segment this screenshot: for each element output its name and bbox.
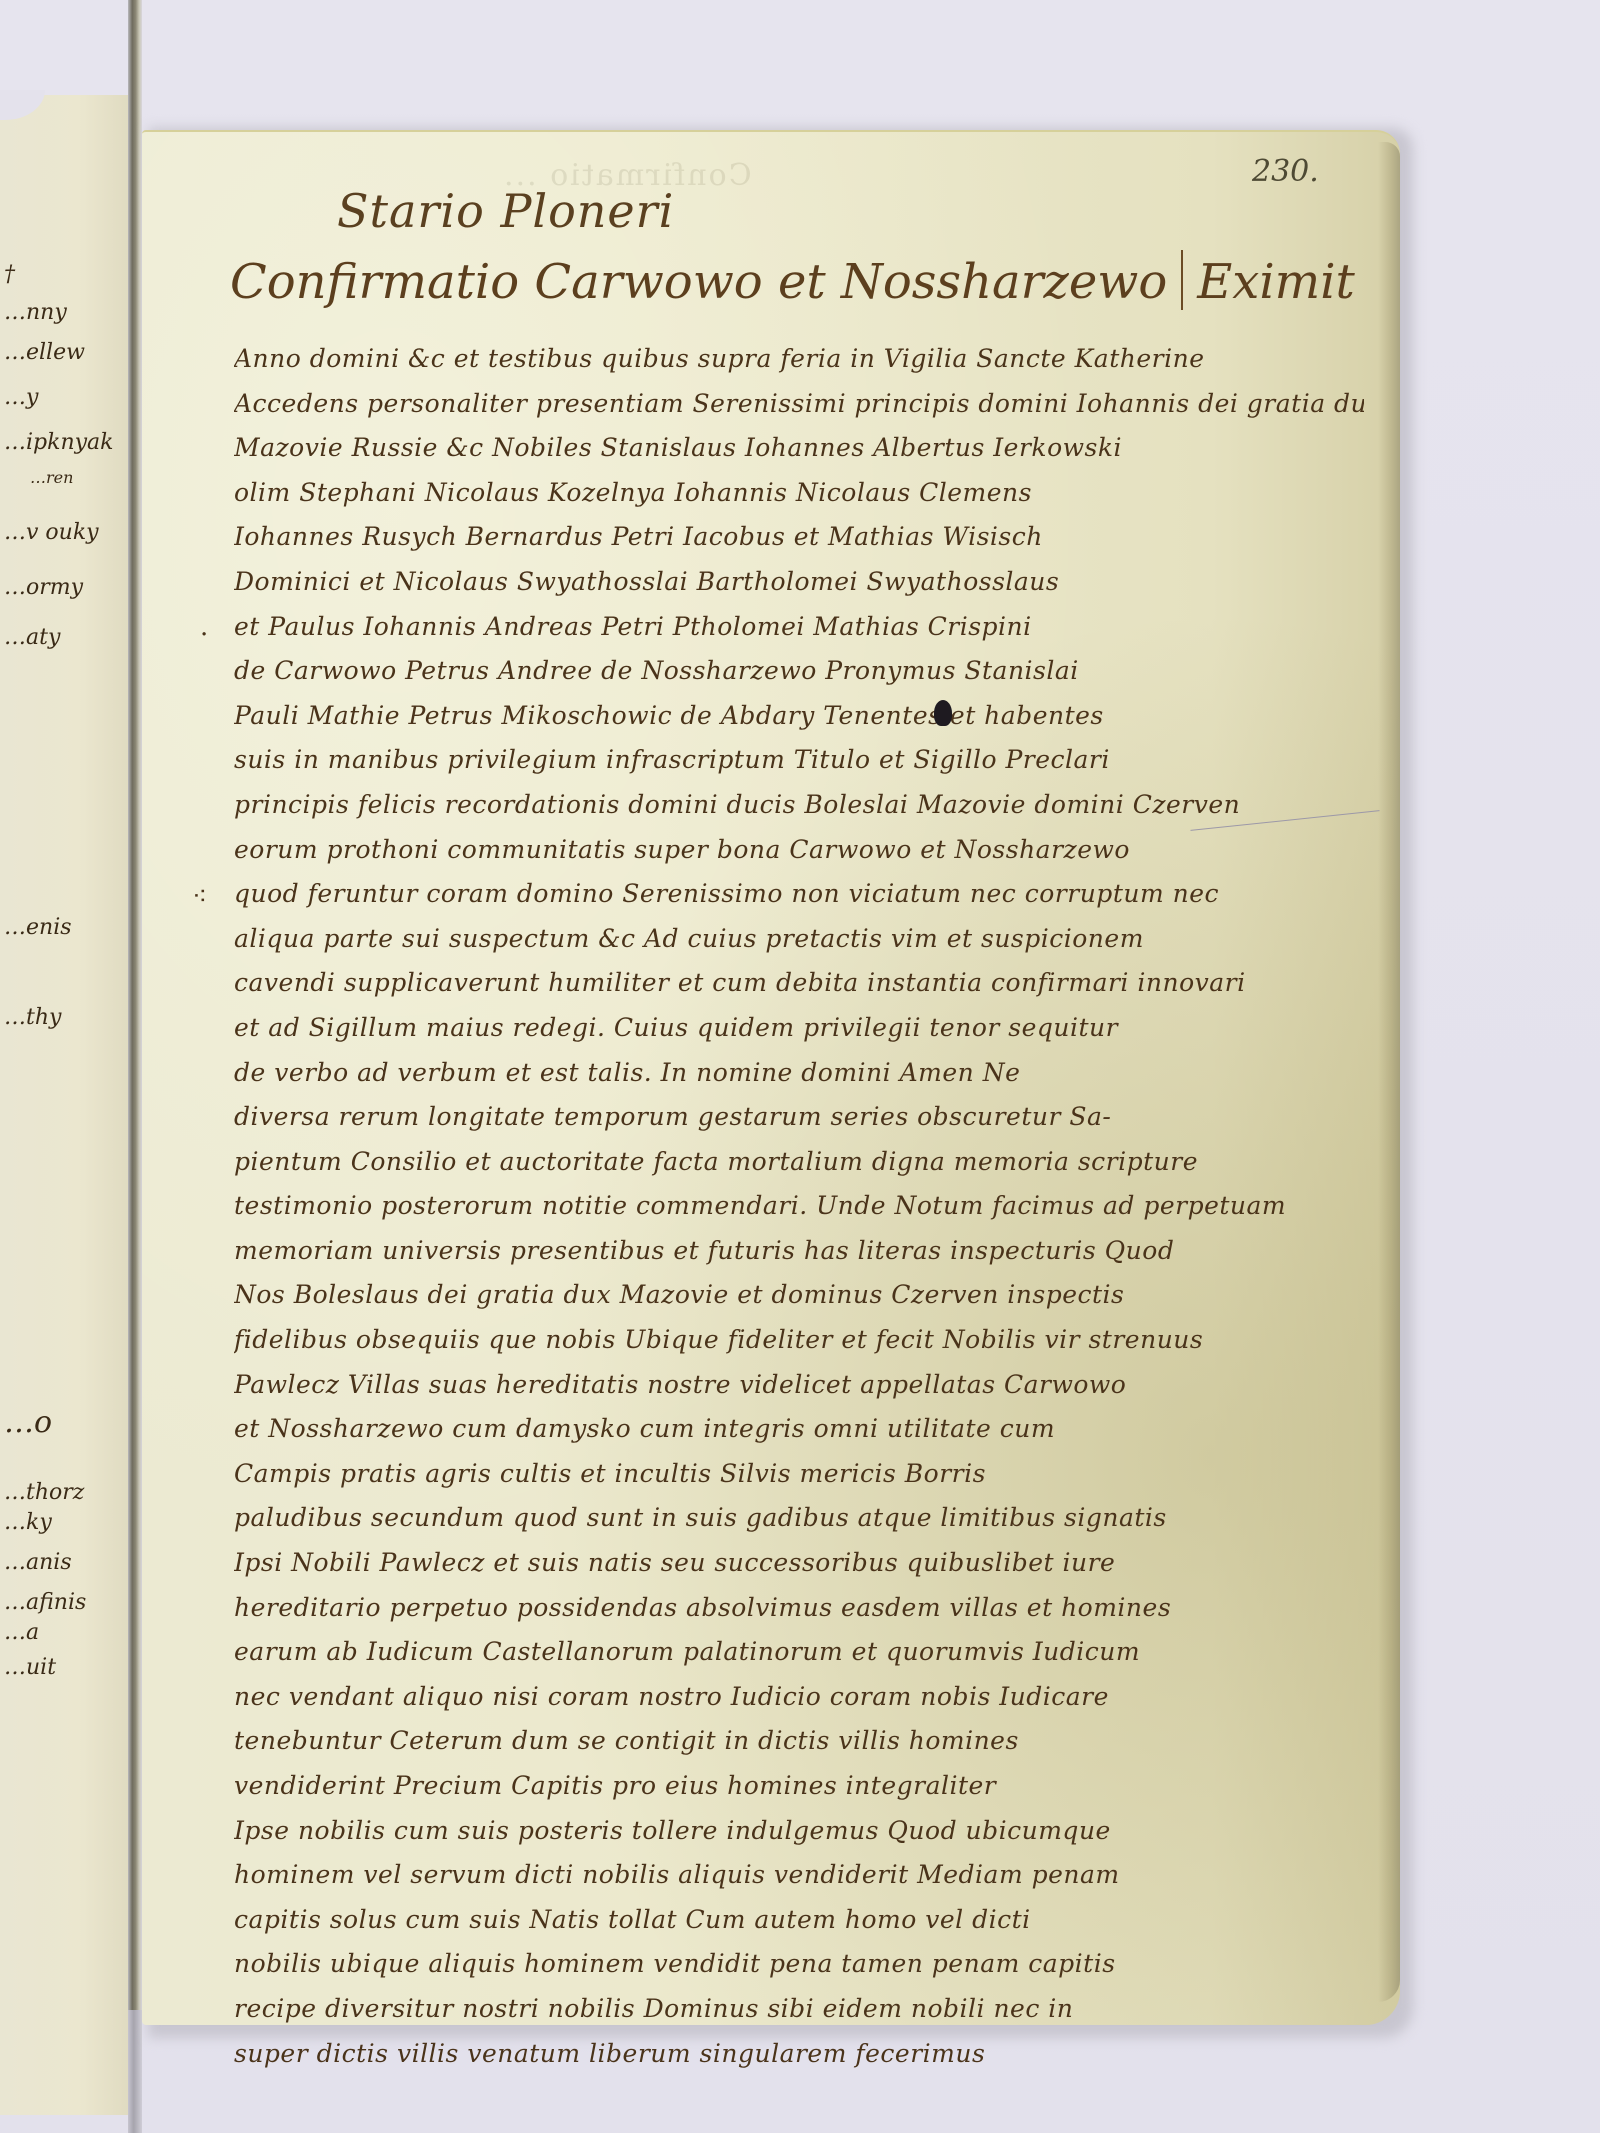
- text-line: quod feruntur coram domino Serenissimo n…: [234, 872, 1364, 917]
- text-line: Dominici et Nicolaus Swyathosslai Bartho…: [234, 560, 1364, 605]
- left-page: † …nny …ellew …y …ipknyak …ren …v ouky ……: [0, 95, 132, 2115]
- binding-gutter-bottom: [128, 2010, 142, 2133]
- left-margin-fragment: …ellew: [4, 340, 85, 365]
- text-line: paludibus secundum quod sunt in suis gad…: [234, 1496, 1364, 1541]
- left-margin-fragment: …enis: [4, 915, 72, 940]
- text-line: suis in manibus privilegium infrascriptu…: [234, 738, 1364, 783]
- left-margin-fragment: …v ouky: [4, 520, 99, 545]
- left-margin-fragment: …ren: [30, 468, 73, 487]
- heading-annotation: Eximit: [1197, 254, 1355, 310]
- text-line: earum ab Iudicum Castellanorum palatinor…: [234, 1630, 1364, 1675]
- left-margin-fragment: …nny: [4, 300, 67, 325]
- text-line: principis felicis recordationis domini d…: [234, 783, 1364, 828]
- text-line: hereditario perpetuo possidendas absolvi…: [234, 1586, 1364, 1631]
- left-margin-fragment: …o: [4, 1405, 52, 1440]
- text-line: hominem vel servum dicti nobilis aliquis…: [234, 1853, 1364, 1898]
- text-line: memoriam universis presentibus et futuri…: [234, 1229, 1364, 1274]
- text-line: et ad Sigillum maius redegi. Cuius quide…: [234, 1006, 1364, 1051]
- text-line: eorum prothoni communitatis super bona C…: [234, 828, 1364, 873]
- text-line: capitis solus cum suis Natis tollat Cum …: [234, 1898, 1364, 1943]
- left-margin-fragment: …thorz: [4, 1480, 84, 1505]
- text-line: tenebuntur Ceterum dum se contigit in di…: [234, 1719, 1364, 1764]
- margin-mark: ⁖: [192, 882, 207, 912]
- text-line: Ipse nobilis cum suis posteris tollere i…: [234, 1809, 1364, 1854]
- text-line: et Paulus Iohannis Andreas Petri Ptholom…: [234, 605, 1364, 650]
- text-line: Anno domini &c et testibus quibus supra …: [234, 337, 1364, 382]
- text-line: cavendi supplicaverunt humiliter et cum …: [234, 961, 1364, 1006]
- left-margin-fragment: …a: [4, 1620, 39, 1645]
- left-margin-fragment: …afinis: [4, 1590, 86, 1615]
- heading-subtitle: Confirmatio Carwowo et NossharzewoEximit: [230, 250, 1370, 310]
- text-line: Pauli Mathie Petrus Mikoschowic de Abdar…: [234, 694, 1364, 739]
- text-line: Mazovie Russie &c Nobiles Stanislaus Ioh…: [234, 426, 1364, 471]
- left-margin-fragment: …thy: [4, 1005, 61, 1030]
- text-line: olim Stephani Nicolaus Kozelnya Iohannis…: [234, 471, 1364, 516]
- left-margin-fragment: …anis: [4, 1550, 72, 1575]
- heading-separator: [1181, 250, 1183, 310]
- text-line: diversa rerum longitate temporum gestaru…: [234, 1095, 1364, 1140]
- text-line: et Nossharzewo cum damysko cum integris …: [234, 1407, 1364, 1452]
- text-line: fidelibus obsequiis que nobis Ubique fid…: [234, 1318, 1364, 1363]
- left-margin-fragment: †: [4, 262, 15, 287]
- text-line: nobilis ubique aliquis hominem vendidit …: [234, 1942, 1364, 1987]
- left-margin-fragment: …uit: [4, 1655, 56, 1680]
- left-margin-fragment: …y: [4, 385, 38, 410]
- heading-subtitle-text: Confirmatio Carwowo et Nossharzewo: [230, 254, 1167, 310]
- text-line: nec vendant aliquo nisi coram nostro Iud…: [234, 1675, 1364, 1720]
- binding-gutter: [128, 0, 142, 2133]
- left-margin-fragment: …ipknyak: [4, 430, 114, 455]
- text-line: recipe diversitur nostri nobilis Dominus…: [234, 1987, 1364, 2032]
- text-line: Nos Boleslaus dei gratia dux Mazovie et …: [234, 1273, 1364, 1318]
- manuscript-page: Confirmatio ... 230. Stario Ploneri Conf…: [142, 130, 1400, 2025]
- text-line: Pawlecz Villas suas hereditatis nostre v…: [234, 1363, 1364, 1408]
- text-line: testimonio posterorum notitie commendari…: [234, 1184, 1364, 1229]
- text-line: pientum Consilio et auctoritate facta mo…: [234, 1140, 1364, 1185]
- margin-dot: ·: [200, 620, 208, 650]
- text-line: vendiderint Precium Capitis pro eius hom…: [234, 1764, 1364, 1809]
- text-line: aliqua parte sui suspectum &c Ad cuius p…: [234, 917, 1364, 962]
- heading-title: Stario Ploneri: [337, 184, 674, 238]
- left-margin-fragment: …ky: [4, 1510, 52, 1535]
- folio-number: 230.: [1252, 154, 1319, 189]
- left-margin-fragment: …aty: [4, 625, 60, 650]
- text-line: Accedens personaliter presentiam Serenis…: [234, 382, 1364, 427]
- left-margin-fragment: …ormy: [4, 575, 83, 600]
- text-line: de verbo ad verbum et est talis. In nomi…: [234, 1051, 1364, 1096]
- text-line: Campis pratis agris cultis et incultis S…: [234, 1452, 1364, 1497]
- text-line: de Carwowo Petrus Andree de Nossharzewo …: [234, 649, 1364, 694]
- text-line: Ipsi Nobili Pawlecz et suis natis seu su…: [234, 1541, 1364, 1586]
- ink-blot: [934, 700, 952, 726]
- page-edge: [1378, 142, 1400, 2002]
- text-line: Iohannes Rusych Bernardus Petri Iacobus …: [234, 515, 1364, 560]
- manuscript-body: Anno domini &c et testibus quibus supra …: [234, 337, 1364, 2076]
- text-line: super dictis villis venatum liberum sing…: [234, 2032, 1364, 2077]
